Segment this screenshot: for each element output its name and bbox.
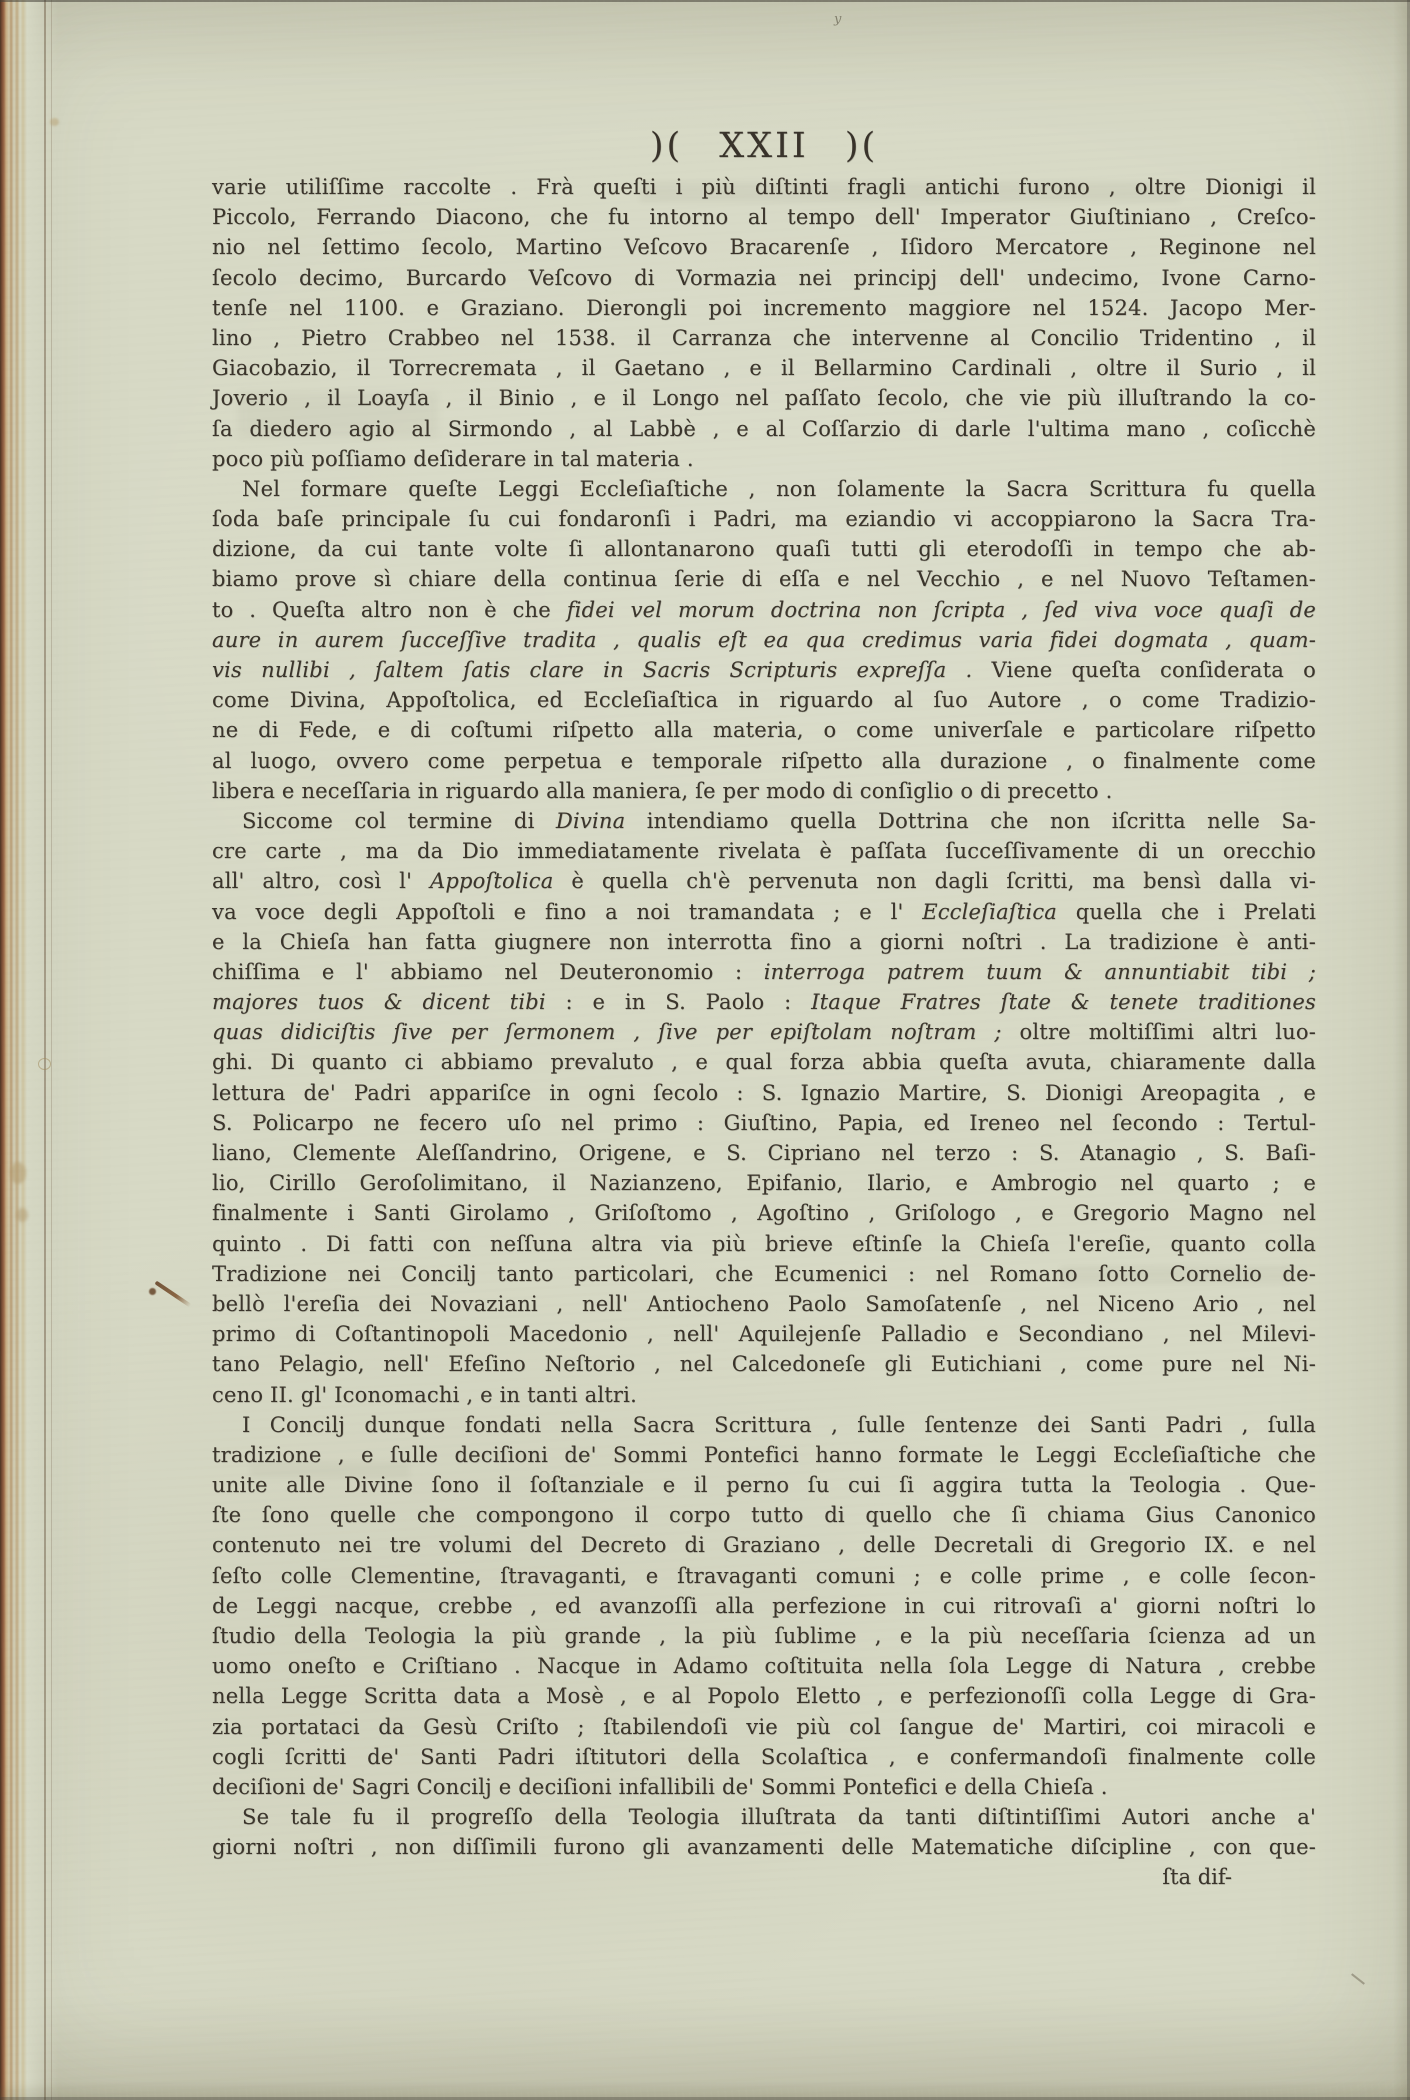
text-segment-italic: Eccleſiaſtica — [922, 900, 1057, 924]
text-segment: unite alle Divine ſono il ſoſtanziale e … — [212, 1473, 1316, 1497]
text-line: liano, Clemente Aleſſandrino, Origene, e… — [212, 1138, 1316, 1168]
text-segment: lettura de' Padri appariſce in ogni ſeco… — [212, 1081, 1316, 1105]
text-segment: Nel formare queſte Leggi Eccleſiaſtiche … — [242, 477, 1316, 501]
text-line: all' altro, così l' Appoſtolica è quella… — [212, 866, 1316, 896]
text-line: cogli ſcritti de' Santi Padri iſtitutori… — [212, 1742, 1316, 1772]
text-segment: Siccome col termine di — [242, 809, 556, 833]
text-segment-italic: Appoſtolica — [430, 869, 553, 893]
text-segment: ſa diedero agio al Sirmondo , al Labbè ,… — [212, 417, 1316, 441]
text-line: ſa diedero agio al Sirmondo , al Labbè ,… — [212, 414, 1316, 444]
text-line: nella Legge Scritta data a Mosè , e al P… — [212, 1681, 1316, 1711]
text-segment: S. Policarpo ne fecero uſo nel primo : G… — [212, 1111, 1316, 1135]
text-segment: biamo prove sì chiare della continua ſer… — [212, 567, 1316, 591]
text-segment-italic: interroga patrem tuum & annuntiabit tibi… — [764, 960, 1316, 984]
text-segment: nio nel ſettimo ſecolo, Martino Veſcovo … — [212, 235, 1316, 259]
text-line: poco più poſſiamo deſiderare in tal mate… — [212, 444, 1316, 474]
text-line: majores tuos & dicent tibi : e in S. Pao… — [212, 987, 1316, 1017]
text-segment: varie utiliſſime raccolte . Frà queſti i… — [212, 175, 1316, 199]
text-line: ne di Fede, e di coſtumi riſpetto alla m… — [212, 715, 1316, 745]
text-line: come Divina, Appoſtolica, ed Eccleſiaſti… — [212, 685, 1316, 715]
text-line: ſeſto colle Clementine, ſtravaganti, e ſ… — [212, 1561, 1316, 1591]
pen-tick-mark — [1351, 1973, 1365, 1984]
text-segment: va voce degli Appoſtoli e fino a noi tra… — [212, 900, 922, 924]
text-segment: Joverio , il Loayſa , il Binio , e il Lo… — [212, 386, 1316, 410]
gutter-fold-line — [44, 0, 46, 2100]
text-line: lino , Pietro Crabbeo nel 1538. il Carra… — [212, 323, 1316, 353]
text-segment: chiſſima e l' abbiamo nel Deuteronomio : — [212, 960, 764, 984]
text-segment: Viene queſta conſiderata o — [972, 658, 1316, 682]
text-line: lettura de' Padri appariſce in ogni ſeco… — [212, 1078, 1316, 1108]
text-line: ſoda baſe principale ſu cui fondaronſi i… — [212, 504, 1316, 534]
catchword: ſta dif- — [212, 1862, 1316, 1892]
text-segment: de Leggi nacque, crebbe , ed avanzoſſi a… — [212, 1594, 1316, 1618]
text-segment: quella che i Prelati — [1057, 900, 1316, 924]
text-segment: quinto . Di fatti con neſſuna altra via … — [212, 1232, 1316, 1256]
text-line: tenſe nel 1100. e Graziano. Dierongli po… — [212, 293, 1316, 323]
ink-mark — [154, 1281, 191, 1308]
text-segment-italic: quas didiciſtis ſive per ſermonem , ſive… — [212, 1020, 1002, 1044]
text-line: aure in aurem ſucceſſive tradita , quali… — [212, 625, 1316, 655]
text-segment-italic: vis nullibi , ſaltem ſatis clare in Sacr… — [212, 658, 972, 682]
text-line: unite alle Divine ſono il ſoſtanziale e … — [212, 1470, 1316, 1500]
text-segment-italic: Itaque Fratres ſtate & tenete traditione… — [811, 990, 1316, 1014]
text-line: al luogo, ovvero come perpetua e tempora… — [212, 746, 1316, 776]
text-line: ghi. Di quanto ci abbiamo prevaluto , e … — [212, 1047, 1316, 1077]
text-line: zia portataci da Gesù Criſto ; ſtabilend… — [212, 1712, 1316, 1742]
text-segment-italic: majores tuos & dicent tibi — [212, 990, 546, 1014]
text-segment: contenuto nei tre volumi del Decreto di … — [212, 1533, 1316, 1557]
text-segment: I Concilj dunque fondati nella Sacra Scr… — [242, 1413, 1316, 1437]
text-segment: al luogo, ovvero come perpetua e tempora… — [212, 749, 1316, 773]
page-number-header: )( XXII )( — [212, 126, 1316, 172]
text-line: finalmente i Santi Girolamo , Griſoſtomo… — [212, 1198, 1316, 1228]
text-segment: lio, Cirillo Geroſolimitano, il Nazianze… — [212, 1171, 1316, 1195]
text-segment: oltre moltiſſimi altri luo- — [1002, 1020, 1316, 1044]
text-segment: cre carte , ma da Dio immediatamente riv… — [212, 839, 1316, 863]
text-segment: ceno II. gl' Iconomachi , e in tanti alt… — [212, 1383, 637, 1407]
text-line: S. Policarpo ne fecero uſo nel primo : G… — [212, 1108, 1316, 1138]
ink-mark — [149, 1288, 156, 1295]
text-segment: finalmente i Santi Girolamo , Griſoſtomo… — [212, 1201, 1316, 1225]
text-segment: bellò l'ereſia dei Novaziani , nell' Ant… — [212, 1292, 1316, 1316]
text-segment: Tradizione nei Concilj tanto particolari… — [212, 1262, 1316, 1286]
text-line: lio, Cirillo Geroſolimitano, il Nazianze… — [212, 1168, 1316, 1198]
text-segment: liano, Clemente Aleſſandrino, Origene, e… — [212, 1141, 1316, 1165]
text-segment: primo di Coſtantinopoli Macedonio , nell… — [212, 1322, 1316, 1346]
text-line: de Leggi nacque, crebbe , ed avanzoſſi a… — [212, 1591, 1316, 1621]
text-line: giorni noſtri , non diſſimili furono gli… — [212, 1832, 1316, 1862]
text-line: ſtudio della Teologia la più grande , la… — [212, 1621, 1316, 1651]
text-segment: uomo oneſto e Criſtiano . Nacque in Adam… — [212, 1654, 1316, 1678]
text-segment: Se tale fu il progreſſo della Teologia i… — [242, 1805, 1316, 1829]
text-line: Piccolo, Ferrando Diacono, che fu intorn… — [212, 202, 1316, 232]
text-line: Tradizione nei Concilj tanto particolari… — [212, 1259, 1316, 1289]
page-right-shade — [1393, 0, 1407, 2100]
text-segment-italic: fidei vel morum doctrina non ſcripta , ſ… — [567, 598, 1316, 622]
book-page-scan: )( XXII )( varie utiliſſime raccolte . F… — [0, 0, 1410, 2100]
text-block: varie utiliſſime raccolte . Frà queſti i… — [212, 172, 1316, 1863]
text-segment: ſeſto colle Clementine, ſtravaganti, e ſ… — [212, 1564, 1316, 1588]
text-line: libera e neceſſaria in riguardo alla man… — [212, 776, 1316, 806]
pen-tick-mark: y — [834, 12, 841, 27]
text-segment: tenſe nel 1100. e Graziano. Dierongli po… — [212, 296, 1316, 320]
text-segment: ſte ſono quelle che compongono il corpo … — [212, 1503, 1316, 1527]
text-line: quinto . Di fatti con neſſuna altra via … — [212, 1229, 1316, 1259]
text-segment: all' altro, così l' — [212, 869, 430, 893]
text-line: biamo prove sì chiare della continua ſer… — [212, 564, 1316, 594]
text-segment: ſtudio della Teologia la più grande , la… — [212, 1624, 1316, 1648]
text-line: Siccome col termine di Divina intendiamo… — [212, 806, 1316, 836]
text-segment: Giacobazio, il Torrecremata , il Gaetano… — [212, 356, 1316, 380]
page-top-edge — [0, 0, 1410, 2]
text-line: dizione, da cui tante volte ſi allontana… — [212, 534, 1316, 564]
text-line: vis nullibi , ſaltem ſatis clare in Sacr… — [212, 655, 1316, 685]
text-line: ſecolo decimo, Burcardo Veſcovo di Vorma… — [212, 263, 1316, 293]
text-segment: dizione, da cui tante volte ſi allontana… — [212, 537, 1316, 561]
text-segment: deciſioni de' Sagri Concilj e deciſioni … — [212, 1775, 1108, 1799]
text-line: cre carte , ma da Dio immediatamente riv… — [212, 836, 1316, 866]
text-line: Joverio , il Loayſa , il Binio , e il Lo… — [212, 383, 1316, 413]
text-segment: lino , Pietro Crabbeo nel 1538. il Carra… — [212, 326, 1316, 350]
text-segment: è quella ch'è pervenuta non dagli ſcritt… — [553, 869, 1316, 893]
text-segment: ghi. Di quanto ci abbiamo prevaluto , e … — [212, 1050, 1316, 1074]
text-segment: come Divina, Appoſtolica, ed Eccleſiaſti… — [212, 688, 1316, 712]
text-line: bellò l'ereſia dei Novaziani , nell' Ant… — [212, 1289, 1316, 1319]
text-line: contenuto nei tre volumi del Decreto di … — [212, 1530, 1316, 1560]
text-line: quas didiciſtis ſive per ſermonem , ſive… — [212, 1017, 1316, 1047]
text-line: to . Queſta altro non è che fidei vel mo… — [212, 595, 1316, 625]
text-segment: : e in S. Paolo : — [546, 990, 811, 1014]
text-segment: zia portataci da Gesù Criſto ; ſtabilend… — [212, 1715, 1316, 1739]
text-segment: ſoda baſe principale ſu cui fondaronſi i… — [212, 507, 1316, 531]
text-line: I Concilj dunque fondati nella Sacra Scr… — [212, 1410, 1316, 1440]
text-segment: ne di Fede, e di coſtumi riſpetto alla m… — [212, 718, 1316, 742]
text-line: nio nel ſettimo ſecolo, Martino Veſcovo … — [212, 232, 1316, 262]
text-segment: ſecolo decimo, Burcardo Veſcovo di Vorma… — [212, 266, 1316, 290]
text-line: tradizione , e ſulle deciſioni de' Sommi… — [212, 1440, 1316, 1470]
page-bottom-shade — [0, 2081, 1410, 2097]
text-segment: tradizione , e ſulle deciſioni de' Sommi… — [212, 1443, 1316, 1467]
text-line: varie utiliſſime raccolte . Frà queſti i… — [212, 172, 1316, 202]
text-line: tano Pelagio, nell' Efeſino Neſtorio , n… — [212, 1349, 1316, 1379]
text-line: Giacobazio, il Torrecremata , il Gaetano… — [212, 353, 1316, 383]
text-segment: e la Chieſa han fatta giugnere non inter… — [212, 930, 1316, 954]
text-line: primo di Coſtantinopoli Macedonio , nell… — [212, 1319, 1316, 1349]
text-line: ceno II. gl' Iconomachi , e in tanti alt… — [212, 1380, 1316, 1410]
text-segment: cogli ſcritti de' Santi Padri iſtitutori… — [212, 1745, 1316, 1769]
text-line: chiſſima e l' abbiamo nel Deuteronomio :… — [212, 957, 1316, 987]
text-line: ſte ſono quelle che compongono il corpo … — [212, 1500, 1316, 1530]
text-segment-italic: Divina — [556, 809, 625, 833]
text-segment: nella Legge Scritta data a Mosè , e al P… — [212, 1684, 1316, 1708]
text-line: e la Chieſa han fatta giugnere non inter… — [212, 927, 1316, 957]
binding-edge — [0, 0, 58, 2100]
text-line: Nel formare queſte Leggi Eccleſiaſtiche … — [212, 474, 1316, 504]
text-segment-italic: aure in aurem ſucceſſive tradita , quali… — [212, 628, 1316, 652]
text-segment: tano Pelagio, nell' Efeſino Neſtorio , n… — [212, 1352, 1316, 1376]
text-segment: libera e neceſſaria in riguardo alla man… — [212, 779, 1112, 803]
gutter-fold-line — [51, 0, 52, 2100]
text-segment: Piccolo, Ferrando Diacono, che fu intorn… — [212, 205, 1316, 229]
text-segment: giorni noſtri , non diſſimili furono gli… — [212, 1835, 1316, 1859]
text-segment: to . Queſta altro non è che — [212, 598, 567, 622]
text-line: uomo oneſto e Criſtiano . Nacque in Adam… — [212, 1651, 1316, 1681]
text-line: va voce degli Appoſtoli e fino a noi tra… — [212, 897, 1316, 927]
text-line: deciſioni de' Sagri Concilj e deciſioni … — [212, 1772, 1316, 1802]
text-segment: poco più poſſiamo deſiderare in tal mate… — [212, 447, 694, 471]
text-line: Se tale fu il progreſſo della Teologia i… — [212, 1802, 1316, 1832]
text-segment: intendiamo quella Dottrina che non iſcri… — [625, 809, 1316, 833]
